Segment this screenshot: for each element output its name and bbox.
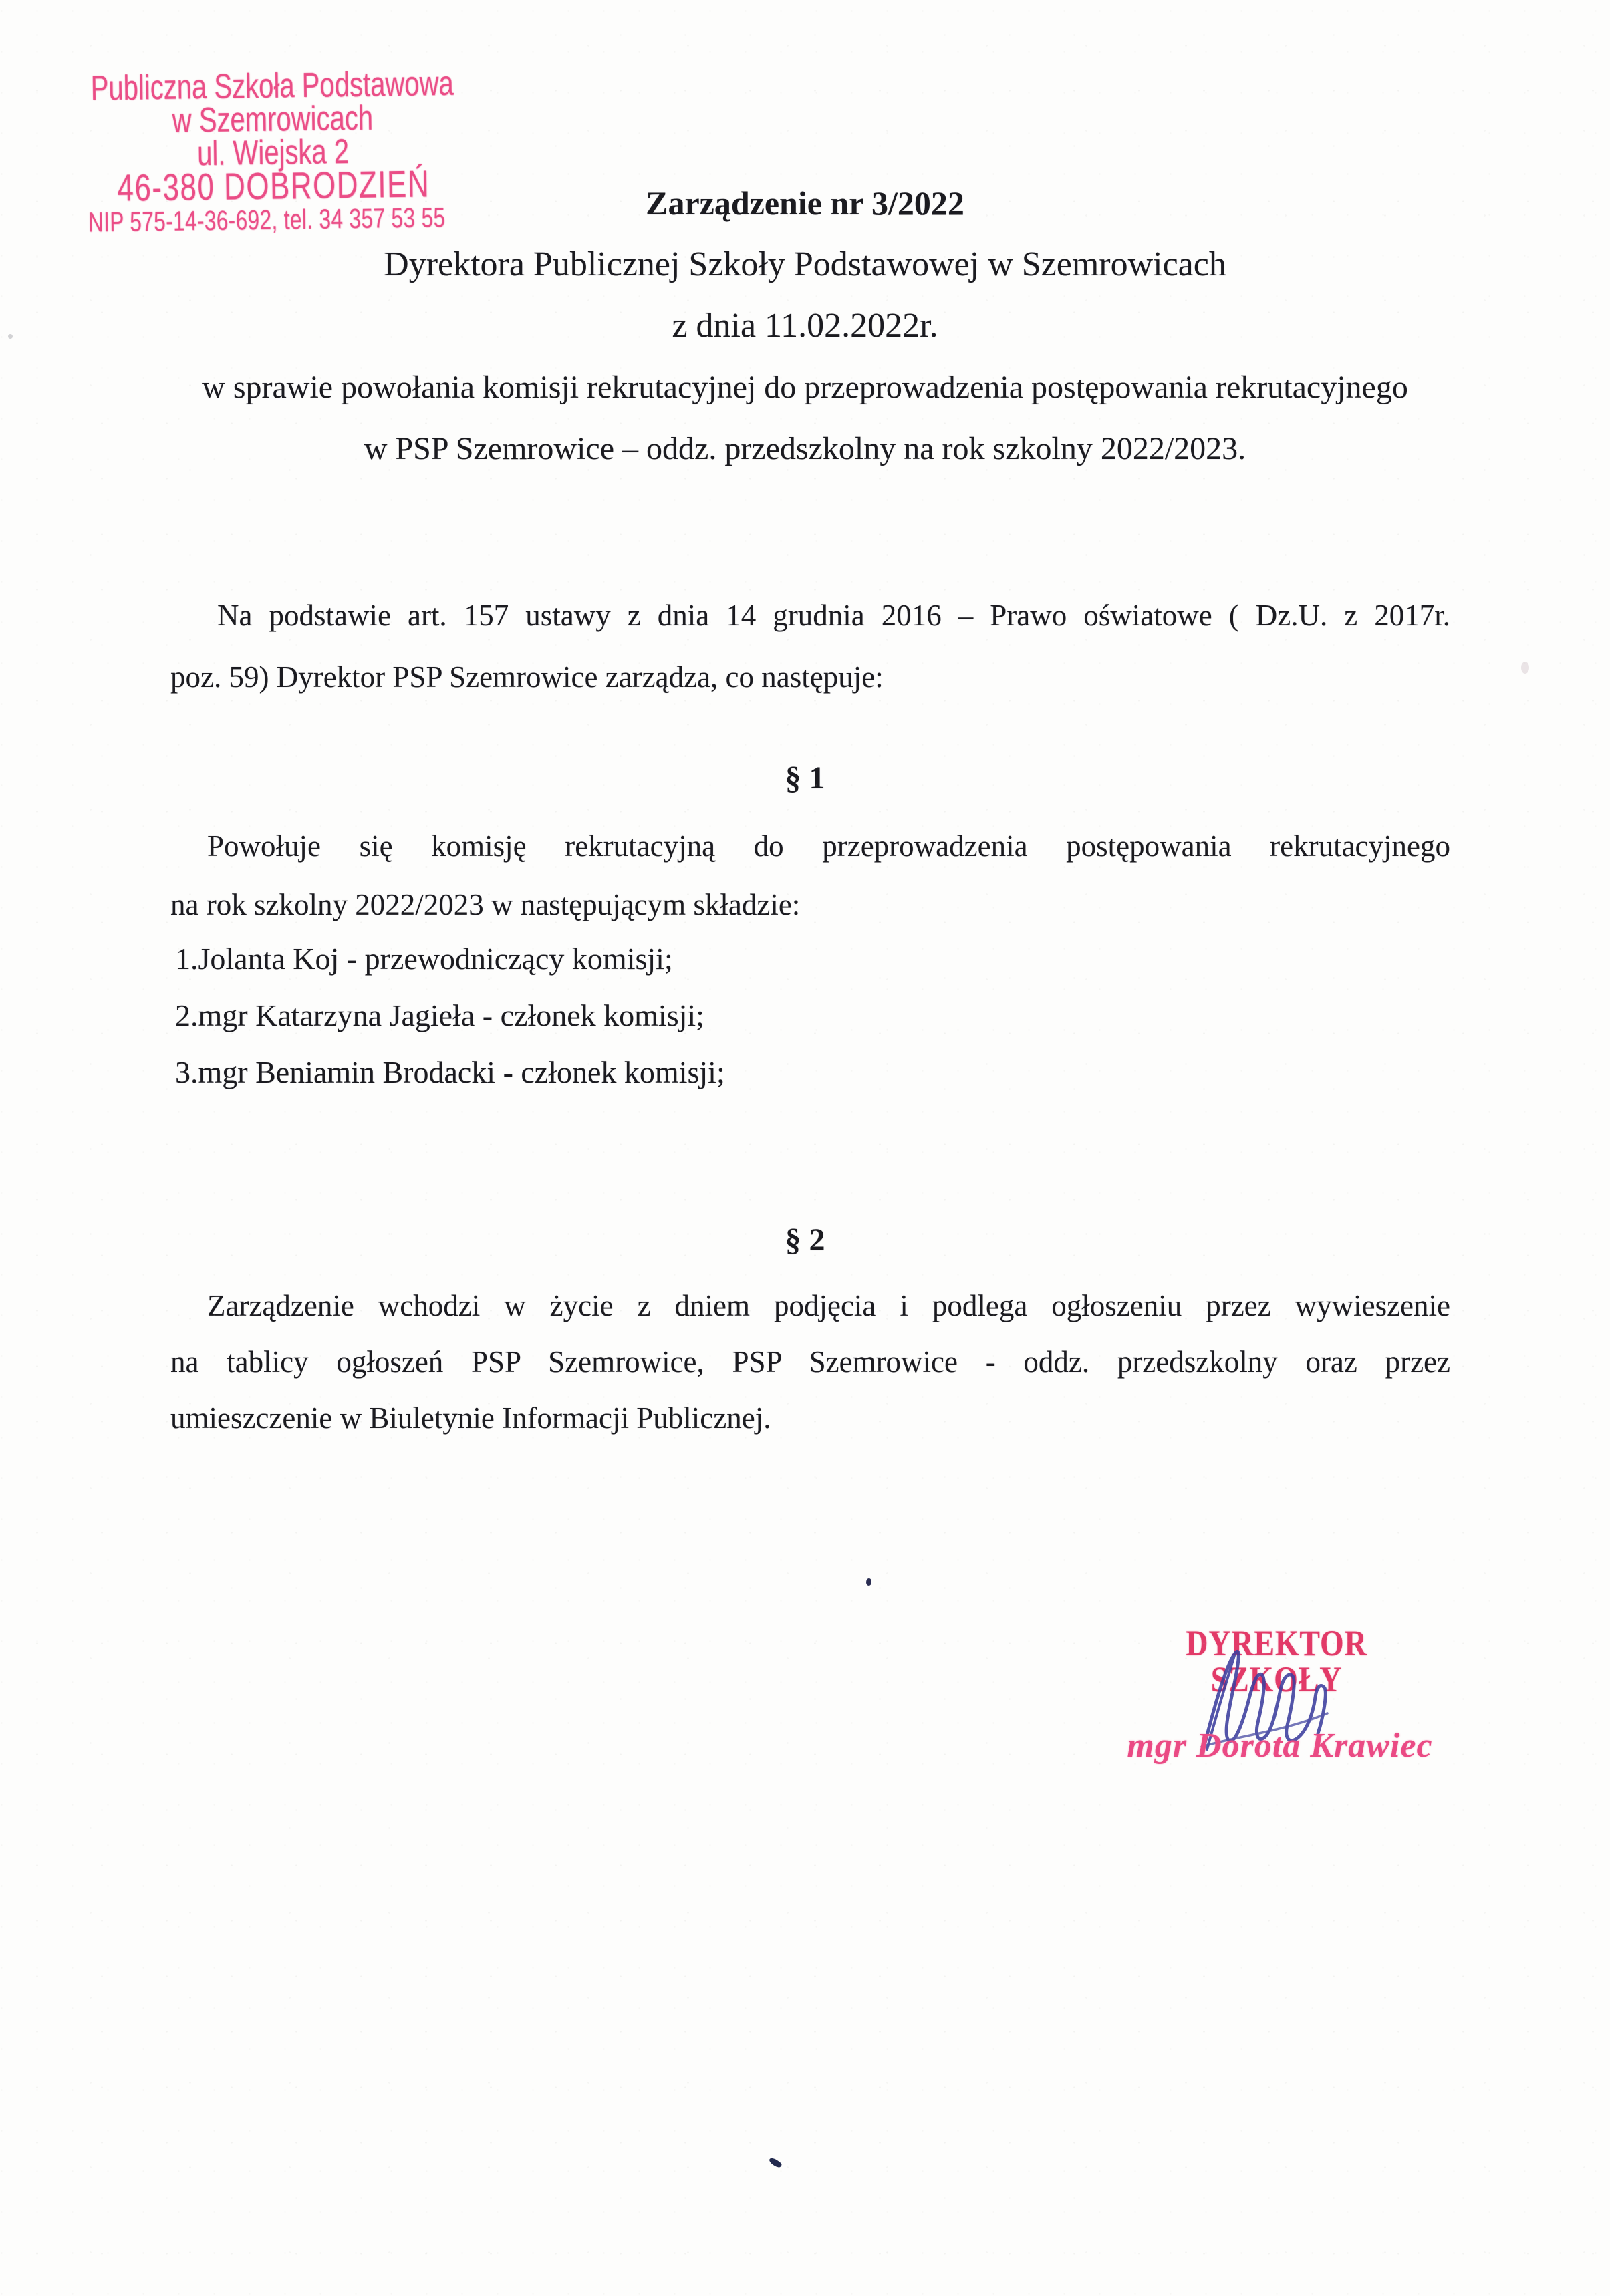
ink-speck — [866, 1578, 871, 1586]
section-2-label: § 2 — [0, 1220, 1610, 1260]
section-1-intro: Powołuje się komisję rekrutacyjną do prz… — [170, 817, 1450, 934]
date-line: z dnia 11.02.2022r. — [0, 295, 1610, 357]
section-1-intro-line-1: Powołuje się komisję rekrutacyjną do prz… — [170, 817, 1450, 875]
subject-line-1: w sprawie powołania komisji rekrutacyjne… — [0, 357, 1610, 418]
document-heading: Zarządzenie nr 3/2022 Dyrektora Publiczn… — [0, 172, 1610, 480]
committee-member-list: 1.Jolanta Koj - przewodniczący komisji; … — [175, 930, 1445, 1101]
legal-basis-line-2: poz. 59) Dyrektor PSP Szemrowice zarządz… — [170, 646, 1450, 708]
subject-line-2: w PSP Szemrowice – oddz. przedszkolny na… — [0, 418, 1610, 480]
document-title: Zarządzenie nr 3/2022 — [0, 172, 1610, 234]
issuer-line: Dyrektora Publicznej Szkoły Podstawowej … — [0, 234, 1610, 295]
section-2-line-1: Zarządzenie wchodzi w życie z dniem podj… — [170, 1278, 1450, 1334]
section-1-label: § 1 — [0, 758, 1610, 799]
legal-basis-paragraph: Na podstawie art. 157 ustawy z dnia 14 g… — [170, 585, 1450, 708]
scan-smudge — [1521, 662, 1529, 674]
legal-basis-line-1: Na podstawie art. 157 ustawy z dnia 14 g… — [170, 585, 1450, 646]
list-item: 1.Jolanta Koj - przewodniczący komisji; — [175, 930, 1445, 987]
section-2-line-3: umieszczenie w Biuletynie Informacji Pub… — [170, 1390, 1450, 1446]
list-item: 2.mgr Katarzyna Jagieła - członek komisj… — [175, 987, 1445, 1044]
ink-speck — [768, 2156, 783, 2168]
list-item: 3.mgr Beniamin Brodacki - członek komisj… — [175, 1044, 1445, 1101]
section-1-intro-line-2: na rok szkolny 2022/2023 w następującym … — [170, 875, 1450, 934]
section-2-line-2: na tablicy ogłoszeń PSP Szemrowice, PSP … — [170, 1334, 1450, 1390]
scanned-document-page: Publiczna Szkoła Podstawowa w Szemrowica… — [0, 0, 1610, 2296]
section-2-paragraph: Zarządzenie wchodzi w życie z dniem podj… — [170, 1278, 1450, 1446]
director-name-stamp: mgr Dorota Krawiec — [1103, 1727, 1457, 1765]
